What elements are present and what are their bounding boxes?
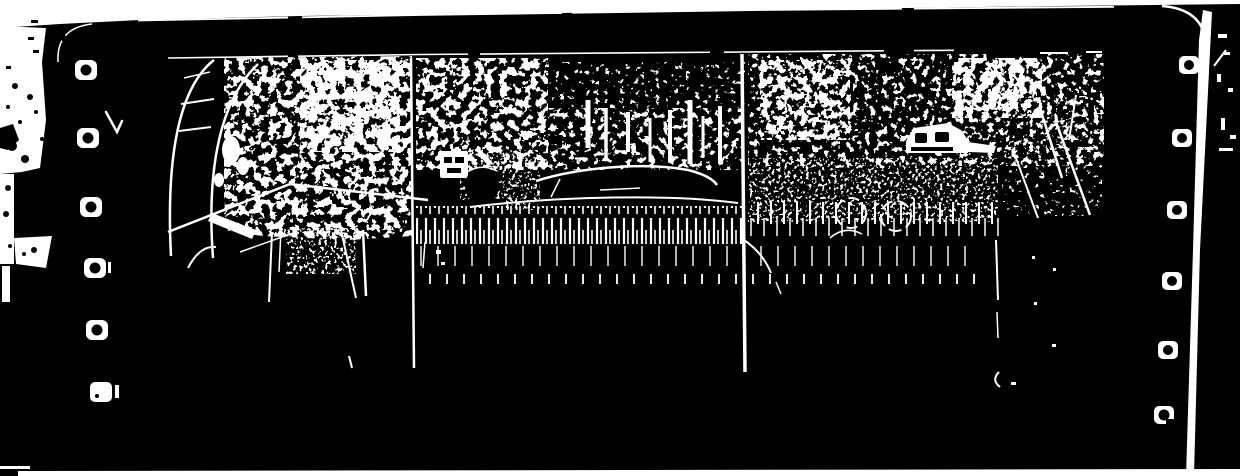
screen-top-highlight-dash [1040, 52, 1068, 54]
reflection-dot [1032, 256, 1035, 259]
background-left-streak [2, 266, 10, 302]
edge-fleck [1219, 148, 1233, 151]
reflection-mirror-blob [214, 173, 224, 187]
reflection-sign-box [440, 151, 468, 178]
screw-hole-right-2-center [1177, 133, 1187, 143]
screen-top-highlight-dash [1086, 51, 1102, 53]
reflection-dot [1011, 382, 1016, 385]
screw-hole-right-4-center [1167, 276, 1177, 286]
reflection-dot [1034, 302, 1037, 305]
photo-svg [0, 0, 1240, 476]
screw-hole-right-1-center [1184, 60, 1194, 70]
screw-hole-left-6-solid [90, 382, 112, 402]
reflection-grass-sparse [420, 242, 980, 284]
reflection-pickup-window [915, 133, 927, 143]
edge-fleck [1217, 74, 1221, 82]
reflection-pickup-shadow [911, 147, 953, 151]
screw-hole-left-2-center [83, 133, 94, 144]
bg-speckle [3, 211, 9, 217]
screw-hole-left-4-center [90, 263, 101, 274]
screw-hole-left-5-center [92, 325, 103, 336]
screw-hole-left-3-center [86, 202, 97, 213]
edge-fleck [1221, 118, 1225, 130]
bg-speckle [8, 244, 12, 248]
bg-speckle [22, 252, 26, 256]
screw-hole-left-1-center [81, 65, 92, 76]
screw-hole-right-5-center [1163, 345, 1173, 355]
edge-fleck [1228, 88, 1233, 92]
screw-hole-right-6-notch [1166, 419, 1174, 424]
bg-speckle [40, 137, 44, 141]
reflection-mirror-blob [237, 157, 249, 175]
reflection-sign-slot [455, 157, 464, 163]
bg-speckle [34, 110, 38, 114]
bg-speckle [5, 185, 11, 191]
reflection-right-bright [760, 60, 850, 140]
reflection-mirror-blob [222, 136, 240, 164]
bg-fleck [33, 50, 39, 53]
bg-fleck [28, 37, 34, 40]
screw-hole-left-6-dot [95, 394, 99, 398]
reflection-right-lower-noise [748, 158, 998, 222]
bg-speckle [21, 155, 29, 163]
reflection-sign-slot [447, 168, 461, 173]
reflection-market-bright-noise2 [356, 148, 410, 232]
reflection-canopy-sparse [545, 62, 745, 108]
bg-fleck [6, 66, 11, 69]
background-left-upper [0, 26, 46, 174]
bg-speckle [27, 94, 33, 100]
reflection-canopy-mid [548, 108, 744, 170]
screw-hole-right-3-center [1172, 205, 1182, 215]
reflection-pickup-window [935, 132, 949, 142]
bg-speckle [18, 120, 22, 124]
reflection-grass-dense [416, 206, 742, 244]
edge-fleck [1230, 135, 1236, 139]
edge-fleck [1218, 34, 1227, 38]
screw-hole-left-6-tick [115, 385, 119, 398]
screw-hole-left-4-tick [108, 262, 111, 273]
bg-speckle [6, 105, 10, 109]
reflection-market-bright-noise [300, 60, 400, 152]
reflection-dot [1052, 344, 1056, 347]
bg-speckle [12, 83, 18, 89]
photo-of-head-unit [0, 0, 1240, 476]
reflection-right-sparse [1002, 96, 1102, 216]
reflection-person-head [465, 167, 499, 205]
reflection-dot [1053, 268, 1056, 271]
reflection-lower-mark [997, 312, 998, 338]
reflection-sign-slot [444, 157, 452, 163]
background-bottom-left-dash [0, 466, 30, 469]
screw-hole-right-6-center [1159, 410, 1170, 421]
bg-speckle [31, 247, 37, 253]
bg-fleck [31, 20, 38, 23]
